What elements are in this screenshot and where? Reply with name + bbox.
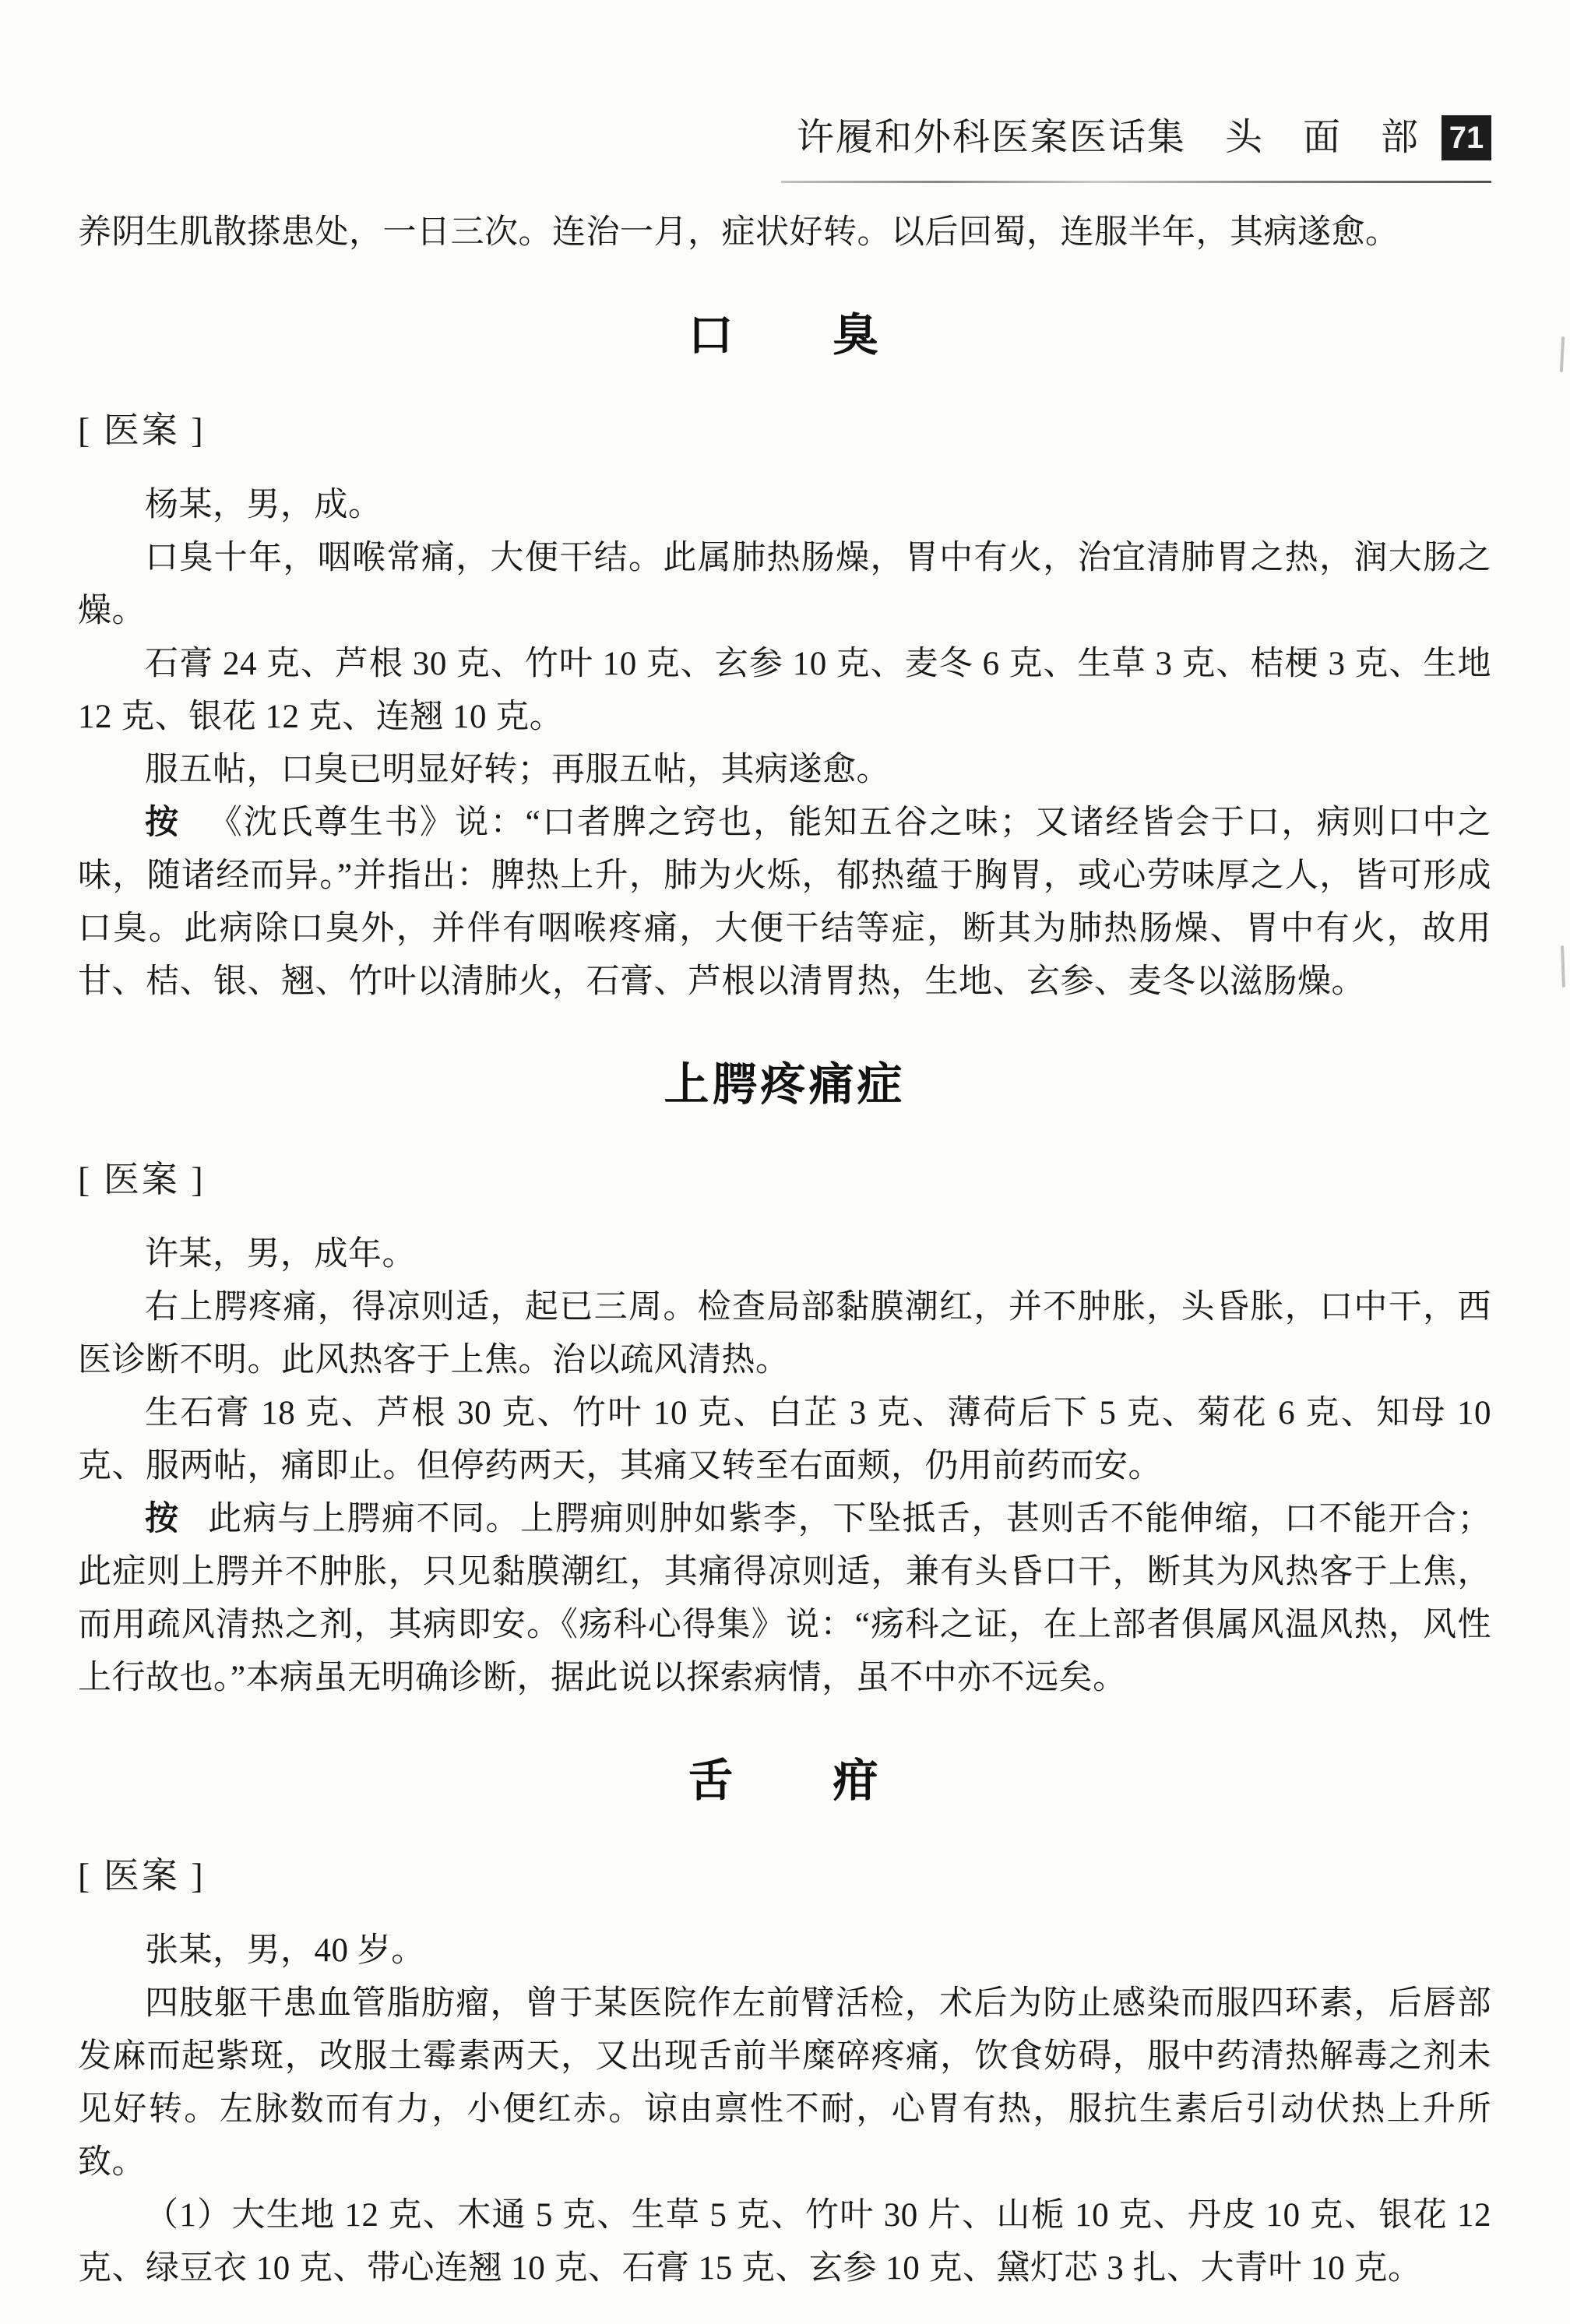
header-rule: [781, 181, 1491, 183]
running-head: 许履和外科医案医话集 头 面 部 71: [78, 115, 1491, 160]
section-tongue-sore: 舌 疳 [ 医案 ] 张某，男，40 岁。 四肢躯干患血管脂肪瘤，曾于某医院作左…: [78, 1753, 1491, 2295]
section-bad-breath: 口 臭 [ 医案 ] 杨某，男，成。 口臭十年，咽喉常痛，大便干结。此属肺热肠燥…: [78, 308, 1491, 1009]
page-number: 71: [1449, 121, 1484, 156]
case-label: [ 医案 ]: [78, 1853, 1491, 1900]
section-title: 上腭疼痛症: [78, 1057, 1491, 1113]
case-label: [ 医案 ]: [78, 1157, 1491, 1203]
prescription-paragraph: （1）大生地 12 克、木通 5 克、生草 5 克、竹叶 30 片、山栀 10 …: [78, 2189, 1491, 2295]
scan-artifact: [1560, 336, 1565, 372]
section-title: 舌 疳: [78, 1753, 1491, 1809]
body-paragraph: 口臭十年，咽喉常痛，大便干结。此属肺热肠燥，胃中有火，治宜清肺胃之热，润大肠之燥…: [78, 532, 1491, 638]
commentary-paragraph: 按此病与上腭痈不同。上腭痈则肿如紫李，下坠抵舌，甚则舌不能伸缩，口不能开合；此症…: [78, 1493, 1491, 1705]
prescription-paragraph: 石膏 24 克、芦根 30 克、竹叶 10 克、玄参 10 克、麦冬 6 克、生…: [78, 638, 1491, 744]
patient-line: 张某，男，40 岁。: [78, 1924, 1491, 1977]
intro-paragraph: 养阴生肌散搽患处，一日三次。连治一月，症状好转。以后回蜀，连服半年，其病遂愈。: [78, 206, 1491, 259]
page-content: 许履和外科医案医话集 头 面 部 71 养阴生肌散搽患处，一日三次。连治一月，症…: [78, 0, 1491, 2295]
page-number-badge: 71: [1442, 115, 1491, 160]
body-paragraph: 右上腭疼痛，得凉则适，起已三周。检查局部黏膜潮红，并不肿胀，头昏胀，口中干，西医…: [78, 1281, 1491, 1387]
prescription-paragraph: 生石膏 18 克、芦根 30 克、竹叶 10 克、白芷 3 克、薄荷后下 5 克…: [78, 1387, 1491, 1493]
an-label: 按: [145, 1501, 180, 1537]
patient-line: 杨某，男，成。: [78, 479, 1491, 532]
an-label: 按: [145, 805, 180, 841]
patient-line: 许某，男，成年。: [78, 1228, 1491, 1281]
body-paragraph: 四肢躯干患血管脂肪瘤，曾于某医院作左前臂活检，术后为防止感染而服四环素，后唇部发…: [78, 1977, 1491, 2189]
scanned-book-page: 许履和外科医案医话集 头 面 部 71 养阴生肌散搽患处，一日三次。连治一月，症…: [0, 0, 1570, 2324]
section-upper-palate-pain: 上腭疼痛症 [ 医案 ] 许某，男，成年。 右上腭疼痛，得凉则适，起已三周。检查…: [78, 1057, 1491, 1705]
commentary-text: 《沈氏尊生书》说：“口者脾之窍也，能知五谷之味；又诸经皆会于口，病则口中之味，随…: [78, 805, 1491, 1000]
body-paragraph: 服五帖，口臭已明显好转；再服五帖，其病遂愈。: [78, 744, 1491, 797]
commentary-paragraph: 按《沈氏尊生书》说：“口者脾之窍也，能知五谷之味；又诸经皆会于口，病则口中之味，…: [78, 797, 1491, 1009]
book-title: 许履和外科医案医话集 头 面 部: [797, 115, 1420, 160]
section-title: 口 臭: [78, 308, 1491, 364]
commentary-text: 此病与上腭痈不同。上腭痈则肿如紫李，下坠抵舌，甚则舌不能伸缩，口不能开合；此症则…: [78, 1501, 1491, 1696]
scan-artifact: [1561, 945, 1565, 988]
case-label: [ 医案 ]: [78, 407, 1491, 454]
